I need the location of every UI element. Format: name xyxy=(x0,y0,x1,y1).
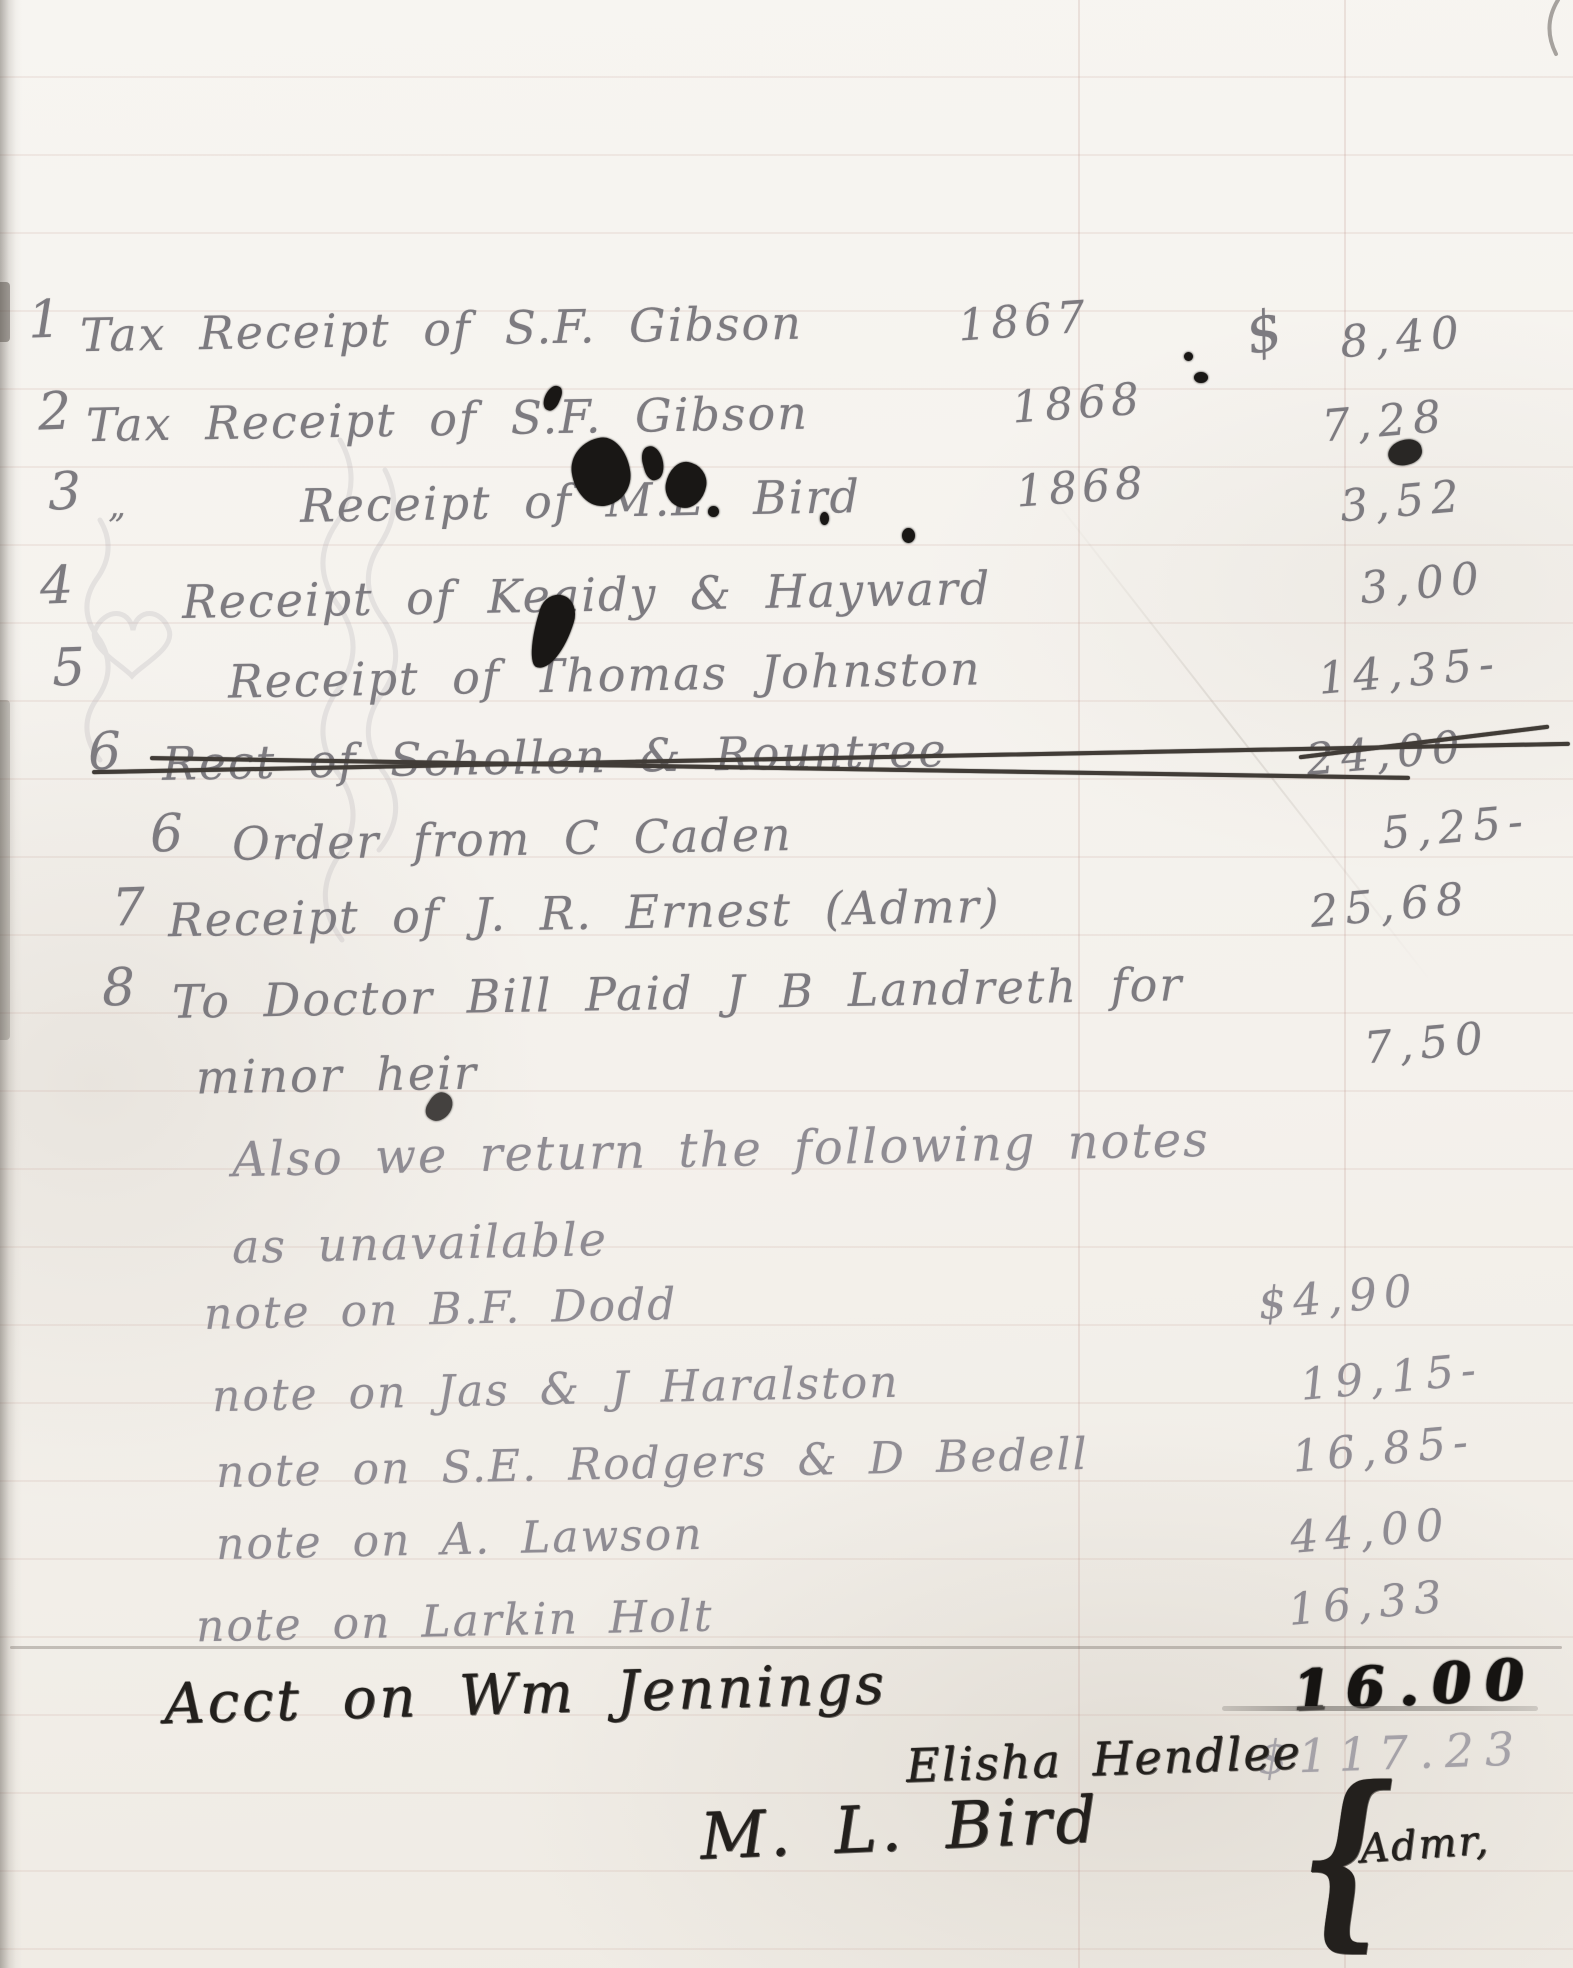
account-amount: 16.00 xyxy=(1290,1646,1538,1725)
ink-speck xyxy=(902,528,915,543)
entry-year: 1867 xyxy=(956,291,1091,351)
scan-edge-mark xyxy=(0,700,10,1040)
intro-line: as unavailable xyxy=(231,1212,608,1274)
note-description: note on B.F. Dodd xyxy=(204,1279,678,1340)
note-amount: $4,90 xyxy=(1256,1265,1421,1330)
entry-number: 8 xyxy=(101,957,136,1018)
account-description: Acct on Wm Jennings xyxy=(163,1652,887,1737)
note-description: note on Jas & J Haralston xyxy=(212,1357,901,1422)
signature-ml-bird: M. L. Bird xyxy=(699,1783,1102,1874)
entry-number: 4 xyxy=(39,555,74,616)
entry-amount: 7,50 xyxy=(1362,1013,1492,1075)
note-amount: 16,33 xyxy=(1286,1571,1451,1636)
entry-number: 1 xyxy=(27,289,62,350)
note-amount: 16,85- xyxy=(1290,1416,1477,1483)
pencil-underline xyxy=(1222,1706,1538,1711)
ink-speck xyxy=(820,512,829,525)
note-description: note on Larkin Holt xyxy=(196,1591,714,1653)
entry-amount: 8,40 xyxy=(1338,307,1468,369)
admr-label: Admr, xyxy=(1359,1818,1492,1873)
entry-number: 2 xyxy=(37,381,72,442)
note-description: note on S.E. Rodgers & D Bedell xyxy=(216,1429,1090,1498)
ditto-mark: „ xyxy=(108,486,128,526)
note-description: note on A. Lawson xyxy=(216,1509,705,1570)
entry-year: 1868 xyxy=(1010,373,1145,433)
entry-description: Tax Receipt of S.F. Gibson xyxy=(80,296,804,363)
entry-description: Order from C Caden xyxy=(232,807,794,871)
corner-mark xyxy=(1530,0,1570,60)
entry-amount: 25,68 xyxy=(1308,873,1473,938)
entry-number: 7 xyxy=(111,877,146,938)
signature-elisha-hendlee: Elisha Hendlee xyxy=(905,1725,1303,1793)
entry-number: 3 xyxy=(47,461,82,522)
entry-number: 6 xyxy=(149,803,184,864)
entry-year: 1868 xyxy=(1014,457,1149,517)
ink-speck xyxy=(1184,352,1193,361)
ink-speck xyxy=(708,506,719,517)
scanned-document-page: 1 Tax Receipt of S.F. Gibson 1867 $ 8,40… xyxy=(0,0,1573,1968)
ink-speck xyxy=(1194,372,1208,383)
drawn-pencil-rule xyxy=(10,1646,1562,1649)
entry-amount: 3,52 xyxy=(1338,471,1468,533)
scan-edge-mark xyxy=(0,282,10,342)
note-amount: 44,00 xyxy=(1288,1499,1453,1564)
entry-amount: 5,25- xyxy=(1380,796,1532,860)
dollar-sign: $ xyxy=(1240,297,1288,368)
note-amount: 19,15- xyxy=(1298,1344,1485,1411)
entry-description: Tax Receipt of S.F. Gibson xyxy=(86,386,810,453)
entry-number: 5 xyxy=(51,637,86,698)
entry-amount: 7,28 xyxy=(1320,391,1450,453)
entry-amount: 3,00 xyxy=(1358,553,1488,615)
